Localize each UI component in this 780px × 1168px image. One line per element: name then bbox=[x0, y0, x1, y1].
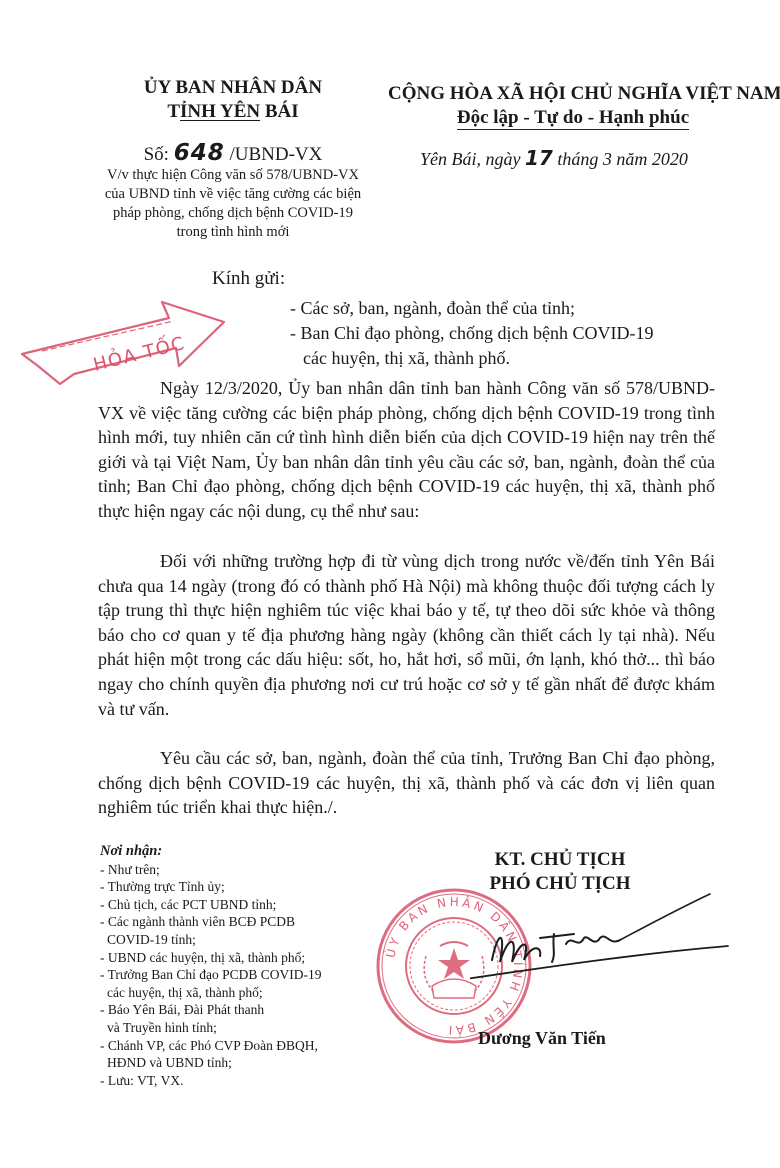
distribution-item: HĐND và UBND tỉnh; bbox=[100, 1054, 380, 1072]
doc-number-handwritten: 648 bbox=[174, 140, 225, 166]
distribution-item: và Truyền hình tỉnh; bbox=[100, 1019, 380, 1037]
distribution-item: - Trưởng Ban Chỉ đạo PCDB COVID-19 bbox=[100, 966, 380, 984]
body-paragraph: Yêu cầu các sở, ban, ngành, đoàn thể của… bbox=[98, 746, 715, 820]
place-date: Yên Bái, ngày 17 tháng 3 năm 2020 bbox=[420, 146, 688, 170]
distribution-item: COVID-19 tỉnh; bbox=[100, 931, 380, 949]
doc-number-suffix: /UBND-VX bbox=[229, 144, 322, 165]
signer-name: Dương Văn Tiến bbox=[478, 1028, 658, 1049]
distribution-item: - Các ngành thành viên BCĐ PCDB bbox=[100, 913, 380, 931]
doc-number-label: Số: bbox=[144, 144, 169, 165]
issuing-organization: ỦY BAN NHÂN DÂN TỈNH YÊN BÁI bbox=[88, 76, 378, 124]
org-line-2-prefix: T bbox=[167, 101, 180, 122]
nation-line-1: CỘNG HÒA XÃ HỘI CHỦ NGHĨA VIỆT NAM bbox=[388, 82, 758, 106]
body-paragraph-text: Ngày 12/3/2020, Ủy ban nhân dân tỉnh ban… bbox=[98, 378, 715, 521]
urgent-stamp-icon: HỎA TỐC bbox=[14, 296, 234, 386]
national-title: CỘNG HÒA XÃ HỘI CHỦ NGHĨA VIỆT NAM Độc l… bbox=[388, 82, 758, 130]
distribution-list: Nơi nhận: - Như trên;- Thường trực Tỉnh … bbox=[100, 843, 380, 1089]
nation-motto-text: Độc lập - Tự do - Hạnh phúc bbox=[457, 107, 689, 130]
org-line-2-underlined: ỈNH YÊN bbox=[180, 101, 260, 122]
nation-motto: Độc lập - Tự do - Hạnh phúc bbox=[388, 106, 758, 130]
org-line-2: TỈNH YÊN BÁI bbox=[88, 100, 378, 124]
body-paragraph-text: Đối với những trường hợp đi từ vùng dịch… bbox=[98, 551, 715, 719]
distribution-item: - Như trên; bbox=[100, 861, 380, 879]
distribution-item: - Chủ tịch, các PCT UBND tỉnh; bbox=[100, 896, 380, 914]
org-line-2-suffix: BÁI bbox=[260, 101, 299, 122]
distribution-item: - Lưu: VT, VX. bbox=[100, 1072, 380, 1090]
body-paragraph-text: Yêu cầu các sở, ban, ngành, đoàn thể của… bbox=[98, 748, 715, 817]
recipient-item: - Các sở, ban, ngành, đoàn thể của tỉnh; bbox=[290, 296, 730, 321]
signer-title-line-1: KT. CHỦ TỊCH bbox=[440, 848, 680, 872]
recipient-item: các huyện, thị xã, thành phố. bbox=[290, 346, 730, 371]
month-year: tháng 3 năm 2020 bbox=[557, 149, 688, 169]
day-handwritten: 17 bbox=[525, 146, 553, 170]
document-subject: V/v thực hiện Công văn số 578/UBND-VX củ… bbox=[96, 166, 370, 242]
recipient-item: - Ban Chỉ đạo phòng, chống dịch bệnh COV… bbox=[290, 321, 730, 346]
distribution-item: - UBND các huyện, thị xã, thành phố; bbox=[100, 949, 380, 967]
distribution-item: - Báo Yên Bái, Đài Phát thanh bbox=[100, 1001, 380, 1019]
body-paragraph: Ngày 12/3/2020, Ủy ban nhân dân tỉnh ban… bbox=[98, 376, 715, 524]
body-paragraph: Đối với những trường hợp đi từ vùng dịch… bbox=[98, 549, 715, 721]
document-number: Số: 648 /UBND-VX bbox=[88, 140, 378, 168]
org-line-1: ỦY BAN NHÂN DÂN bbox=[88, 76, 378, 100]
distribution-item: các huyện, thị xã, thành phố; bbox=[100, 984, 380, 1002]
place-label: Yên Bái, ngày bbox=[420, 149, 521, 169]
distribution-item: - Chánh VP, các Phó CVP Đoàn ĐBQH, bbox=[100, 1037, 380, 1055]
distribution-item: - Thường trực Tỉnh ủy; bbox=[100, 878, 380, 896]
salutation: Kính gửi: bbox=[212, 268, 285, 290]
recipient-list: - Các sở, ban, ngành, đoàn thể của tỉnh;… bbox=[290, 296, 730, 371]
handwritten-signature-icon bbox=[470, 890, 730, 1000]
distribution-title: Nơi nhận: bbox=[100, 843, 380, 861]
